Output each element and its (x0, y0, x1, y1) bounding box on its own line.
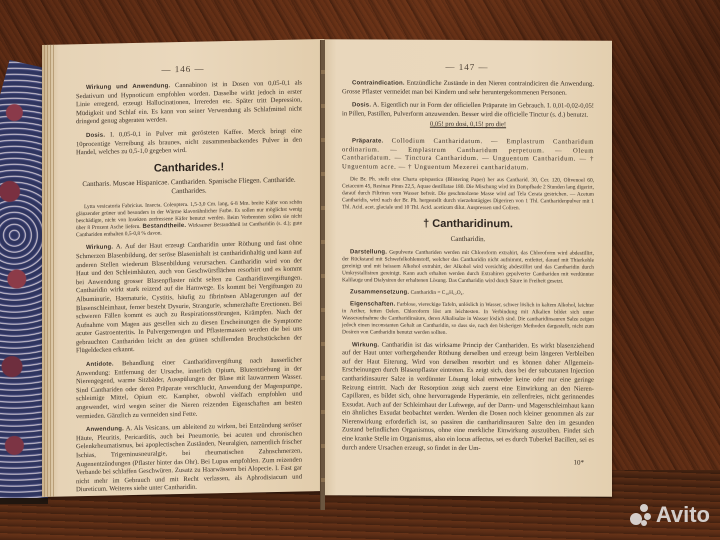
paragraph: Contraindication. Entzündliche Zustände … (342, 79, 594, 98)
avito-brand-text: Avito (656, 502, 710, 528)
paragraph: Darstellung. Gepulverte Canthariden werd… (342, 249, 594, 285)
paragraph: Zusammensetzung. Cantharidin = C₁₀H₁₂O₄. (342, 289, 594, 297)
left-page: — 146 — Wirkung und Anwendung. Cannabino… (42, 39, 324, 497)
paragraph: Präparate. Collodium Cantharidatum. — Em… (342, 137, 594, 173)
paragraph: Dosis. I. 0,05-0,1 in Pulver mit geröste… (76, 127, 302, 158)
max-dose: 0,05! pro dosi, 0,15! pro die! (342, 121, 594, 131)
signature-mark: 10* (342, 458, 594, 468)
avito-dots-logo-icon (630, 504, 652, 526)
paragraph: Anwendung. A. Als Vesicans, um ableitend… (76, 422, 302, 495)
paragraph: Wirkung und Anwendung. Cannabinon ist in… (76, 80, 302, 128)
right-page: — 147 — Contraindication. Entzündliche Z… (322, 39, 612, 497)
avito-watermark: Avito (630, 502, 710, 528)
paragraph: Wirkung. A. Auf der Haut erzeugt Canthar… (76, 240, 302, 356)
paragraph: Eigenschaften. Farblose, viereckige Tafe… (342, 301, 594, 337)
paragraph: Dosis. A. Eigentlich nur in Form der off… (342, 102, 594, 121)
section-heading: † Cantharidinum. (342, 220, 594, 230)
section-subheading: Cantharidin. (342, 234, 594, 244)
small-note: Die Br. Ph. stellt eine Charta epispasti… (342, 177, 594, 213)
marbled-book-cover (0, 60, 48, 504)
section-heading: Cantharides.! (76, 161, 302, 174)
paragraph: Antidote. Behandlung einer Cantharidinve… (76, 357, 302, 422)
right-page-content: Contraindication. Entzündliche Zustände … (322, 71, 612, 467)
synonyms: Cantharis. Muscae Hispanicae. Cantharide… (76, 176, 302, 199)
paragraph: Wirkung. Cantharidin ist das wirksame Pr… (342, 341, 594, 454)
book-spine-stitching (320, 40, 325, 510)
page-edges (44, 45, 54, 497)
small-note: Lytta vesicatoria Fabricius. Insecta. Co… (76, 200, 302, 240)
left-page-content: Wirkung und Anwendung. Cannabinon ist in… (42, 71, 324, 496)
